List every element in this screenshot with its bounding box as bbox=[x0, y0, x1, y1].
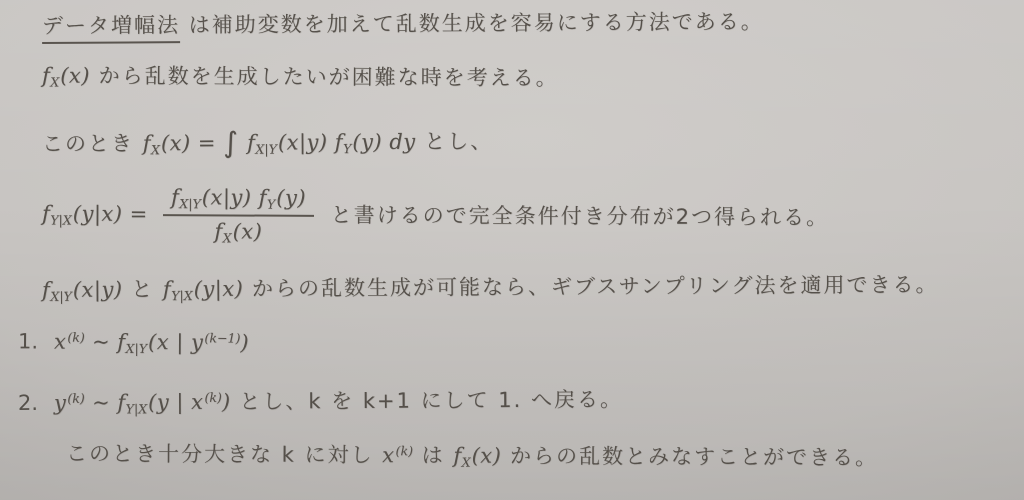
math-run: (y|x) = bbox=[73, 201, 155, 225]
math-run: (y) dy bbox=[352, 129, 415, 153]
math-run: (y) bbox=[276, 185, 306, 209]
math-run: X bbox=[151, 142, 160, 157]
math-run: ~ bbox=[85, 329, 118, 353]
math-run: f bbox=[453, 444, 461, 468]
math-run: Y|X bbox=[171, 288, 193, 303]
text-run: は bbox=[413, 444, 453, 468]
note-text: fY|X(y|x) = fX|Y(x|y) fY(y)fX(x) と書けるので完… bbox=[42, 201, 829, 229]
handwritten-note: データ増幅法 は補助変数を加えて乱数生成を容易にする方法である。fX(x) から… bbox=[16, 8, 1016, 496]
math-run: Y|X bbox=[50, 212, 72, 227]
math-run: ~ bbox=[85, 390, 118, 414]
math-run: f bbox=[117, 390, 125, 414]
math-run: Y bbox=[343, 141, 351, 156]
math-run: (x) bbox=[60, 64, 90, 88]
math-run: (x) = bbox=[161, 130, 223, 154]
math-run: (y|x) bbox=[194, 277, 244, 301]
math-run: (x) bbox=[472, 444, 502, 468]
text-run: このとき bbox=[42, 131, 143, 156]
math-run: (k) bbox=[67, 329, 85, 344]
text-run: からの乱数とみなすことができる。 bbox=[501, 444, 878, 470]
note-line: fX|Y(x|y) と fY|X(y|x) からの乱数生成が可能なら、ギブスサン… bbox=[42, 269, 1016, 306]
note-text: このとき fX(x) = ∫ fX|Y(x|y) fY(y) dy とし、 bbox=[42, 129, 493, 156]
math-run: ∫ bbox=[223, 125, 240, 158]
paper-background: データ増幅法 は補助変数を加えて乱数生成を容易にする方法である。fX(x) から… bbox=[0, 0, 1024, 500]
text-run: は補助変数を加えて乱数生成を容易にする方法である。 bbox=[180, 10, 764, 38]
note-text: x(k) ~ fX|Y(x | y(k−1)) bbox=[54, 329, 249, 354]
note-text: y(k) ~ fY|X(y | x(k)) とし、k を k+1 にして 1. … bbox=[54, 387, 623, 414]
text-run: とし、 bbox=[416, 129, 494, 153]
note-line: データ増幅法 は補助変数を加えて乱数生成を容易にする方法である。 bbox=[42, 5, 1016, 41]
math-run: (k) bbox=[67, 391, 85, 406]
text-run: から乱数を生成したいが困難な時を考える。 bbox=[90, 64, 559, 90]
fraction: fX|Y(x|y) fY(y)fX(x) bbox=[163, 184, 314, 246]
text-run: と bbox=[122, 278, 163, 302]
math-run: X|Y bbox=[125, 341, 147, 356]
math-run: (k) bbox=[204, 390, 222, 405]
text-run: と書けるので完全条件付き分布が2つ得られる。 bbox=[322, 202, 829, 229]
underlined-title: データ増幅法 bbox=[42, 13, 180, 44]
math-run: ) bbox=[222, 390, 231, 414]
math-run: (x|y) bbox=[278, 130, 335, 154]
math-run: X bbox=[223, 230, 232, 245]
math-run: Y bbox=[267, 196, 275, 211]
math-run: f bbox=[163, 278, 171, 302]
math-run: f bbox=[143, 131, 151, 155]
math-run: (k−1) bbox=[204, 330, 240, 345]
list-marker: 2. bbox=[18, 388, 54, 419]
math-run: x bbox=[382, 443, 394, 467]
math-run: f bbox=[259, 185, 267, 209]
math-run: X bbox=[462, 455, 471, 470]
note-text: fX|Y(x|y) と fY|X(y|x) からの乱数生成が可能なら、ギブスサン… bbox=[42, 273, 939, 302]
math-run: X bbox=[50, 75, 59, 90]
math-run: X|Y bbox=[179, 196, 201, 211]
math-run: (x|y) bbox=[202, 185, 259, 209]
math-run: (k) bbox=[396, 444, 414, 459]
text-run: このとき十分大きな k に対し bbox=[66, 442, 382, 468]
note-line: このとき十分大きな k に対し x(k) は fX(x) からの乱数とみなすこと… bbox=[66, 439, 1016, 475]
math-run: Y|X bbox=[126, 401, 148, 416]
math-run: ) bbox=[240, 330, 249, 354]
math-run: X|Y bbox=[50, 289, 72, 304]
note-line: fY|X(y|x) = fX|Y(x|y) fY(y)fX(x) と書けるので完… bbox=[42, 183, 1016, 250]
math-run: X|Y bbox=[255, 141, 277, 156]
math-run: (x | y bbox=[148, 330, 203, 354]
math-run: (x|y) bbox=[73, 278, 123, 302]
note-text: データ増幅法 は補助変数を加えて乱数生成を容易にする方法である。 bbox=[42, 10, 764, 44]
math-run: (x) bbox=[233, 219, 263, 243]
text-run: とし、k を k+1 にして 1. へ戻る。 bbox=[231, 387, 624, 413]
note-text: このとき十分大きな k に対し x(k) は fX(x) からの乱数とみなすこと… bbox=[66, 442, 878, 470]
math-run: f bbox=[214, 219, 222, 243]
note-line: fX(x) から乱数を生成したいが困難な時を考える。 bbox=[42, 61, 1016, 97]
math-run: y bbox=[54, 391, 67, 415]
math-run: f bbox=[335, 130, 343, 154]
list-marker: 1. bbox=[18, 326, 54, 357]
note-text: fX(x) から乱数を生成したいが困難な時を考える。 bbox=[42, 64, 559, 91]
math-run: x bbox=[54, 329, 66, 353]
math-run: f bbox=[240, 130, 256, 154]
note-line: 2.y(k) ~ fY|X(y | x(k)) とし、k を k+1 にして 1… bbox=[18, 382, 1016, 419]
math-run: f bbox=[117, 330, 125, 354]
note-line: このとき fX(x) = ∫ fX|Y(x|y) fY(y) dy とし、 bbox=[42, 117, 1016, 164]
math-run: (y | x bbox=[148, 390, 203, 414]
text-run: からの乱数生成が可能なら、ギブスサンプリング法を適用できる。 bbox=[243, 273, 938, 301]
note-line: 1.x(k) ~ fX|Y(x | y(k−1)) bbox=[18, 326, 1016, 363]
